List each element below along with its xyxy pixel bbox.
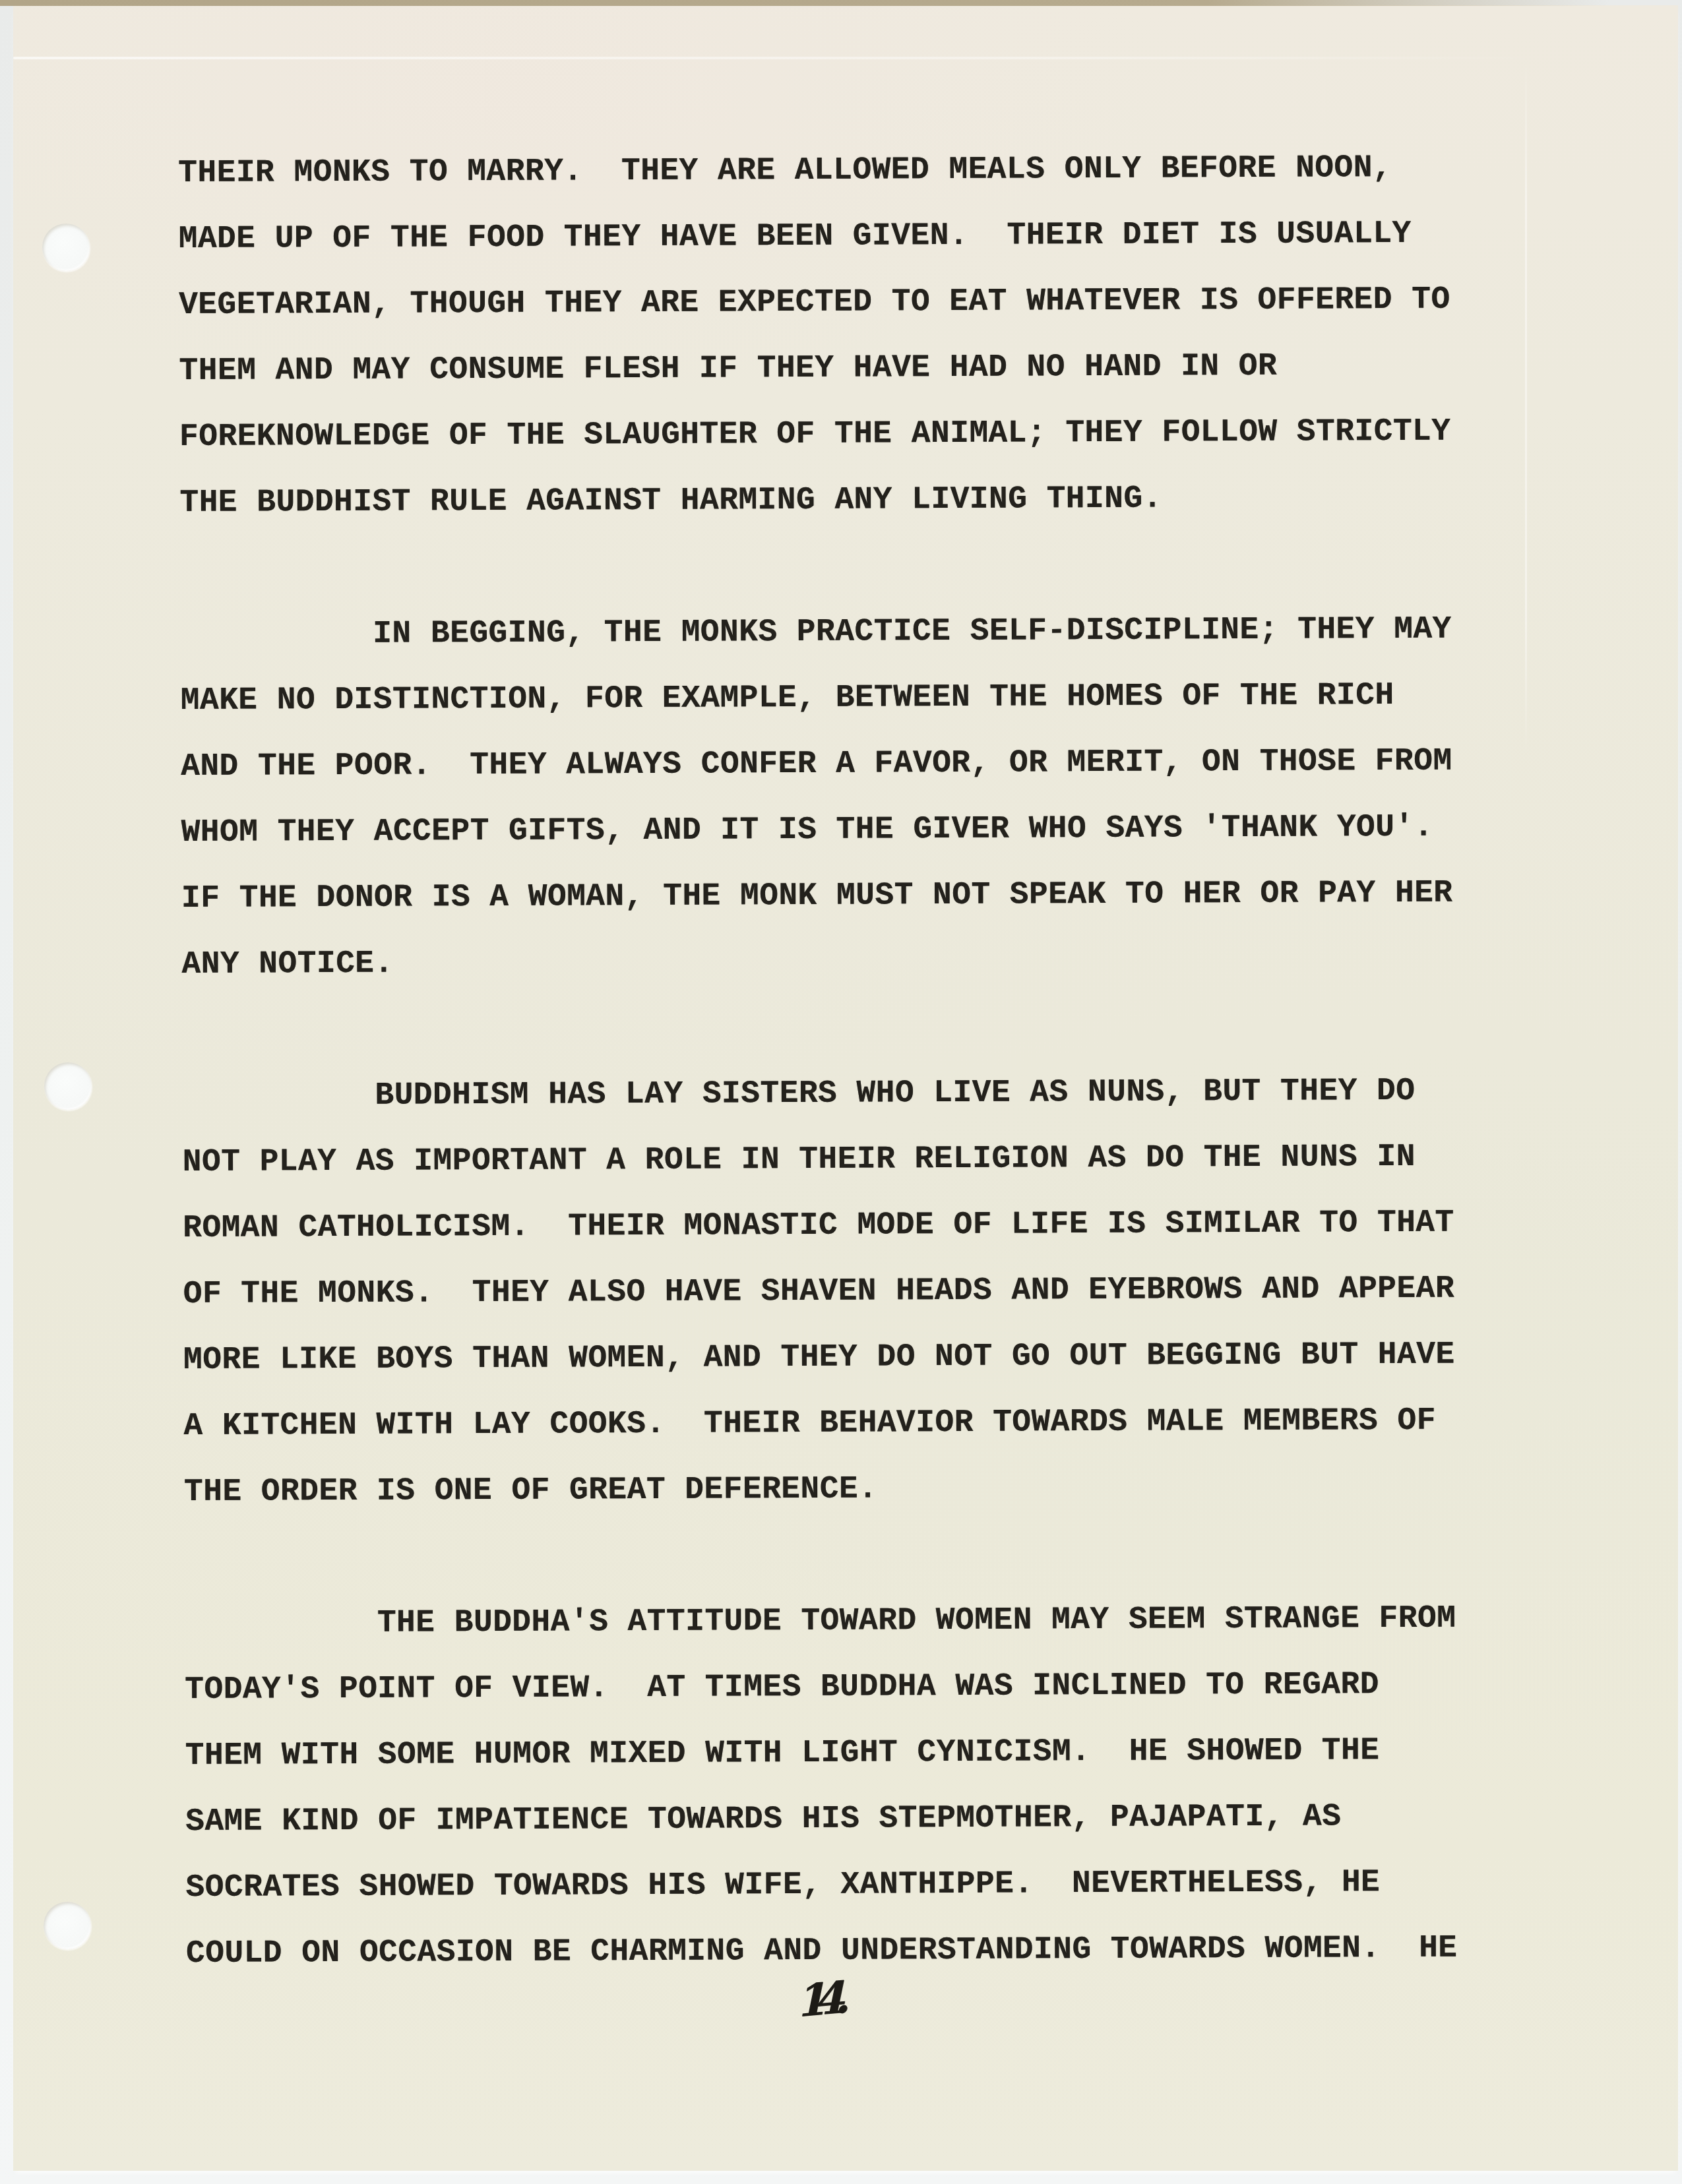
scan-streak (1525, 58, 1527, 757)
typewritten-line: COULD ON OCCASION BE CHARMING AND UNDERS… (186, 1915, 1512, 1987)
document-text: THEIR MONKS TO MARRY. THEY ARE ALLOWED M… (178, 135, 1512, 1987)
typewritten-line: SOCRATES SHOWED TOWARDS HIS WIFE, XANTHI… (185, 1849, 1511, 1921)
typewritten-line: THE BUDDHA'S ATTITUDE TOWARD WOMEN MAY S… (185, 1585, 1511, 1657)
typewritten-line: SAME KIND OF IMPATIENCE TOWARDS HIS STEP… (185, 1783, 1511, 1855)
scanned-document: THEIR MONKS TO MARRY. THEY ARE ALLOWED M… (0, 0, 1682, 2184)
typewritten-line: TODAY'S POINT OF VIEW. AT TIMES BUDDHA W… (185, 1651, 1511, 1723)
typewritten-line: FOREKNOWLEDGE OF THE SLAUGHTER OF THE AN… (179, 398, 1505, 470)
typewritten-line: IF THE DONOR IS A WOMAN, THE MONK MUST N… (181, 860, 1507, 932)
typewritten-line: BUDDHISM HAS LAY SISTERS WHO LIVE AS NUN… (182, 1058, 1508, 1130)
typewritten-line: THE BUDDHIST RULE AGAINST HARMING ANY LI… (179, 464, 1505, 536)
typewritten-line: NOT PLAY AS IMPORTANT A ROLE IN THEIR RE… (183, 1124, 1509, 1196)
typewritten-line: MORE LIKE BOYS THAN WOMEN, AND THEY DO N… (183, 1321, 1509, 1393)
typewritten-line: THEM WITH SOME HUMOR MIXED WITH LIGHT CY… (185, 1717, 1511, 1789)
typewritten-line: VEGETARIAN, THOUGH THEY ARE EXPECTED TO … (179, 266, 1505, 338)
typewritten-line: THEIR MONKS TO MARRY. THEY ARE ALLOWED M… (178, 135, 1504, 206)
typewritten-line: IN BEGGING, THE MONKS PRACTICE SELF-DISC… (180, 596, 1506, 668)
handwritten-page-number: 14. (799, 1972, 839, 2027)
typewritten-line: MAKE NO DISTINCTION, FOR EXAMPLE, BETWEE… (180, 662, 1506, 734)
paragraph: THEIR MONKS TO MARRY. THEY ARE ALLOWED M… (178, 135, 1506, 536)
typewritten-line: WHOM THEY ACCEPT GIFTS, AND IT IS THE GI… (181, 794, 1507, 866)
hole-punch (44, 1902, 91, 1949)
hole-punch (42, 224, 90, 271)
typewritten-line: AND THE POOR. THEY ALWAYS CONFER A FAVOR… (181, 728, 1507, 800)
typewritten-line: ROMAN CATHOLICISM. THEIR MONASTIC MODE O… (183, 1190, 1509, 1261)
typewritten-line: THEM AND MAY CONSUME FLESH IF THEY HAVE … (179, 332, 1505, 404)
typewritten-line: THE ORDER IS ONE OF GREAT DEFERENCE. (184, 1453, 1510, 1525)
paragraph: THE BUDDHA'S ATTITUDE TOWARD WOMEN MAY S… (185, 1585, 1512, 1987)
typewritten-line: A KITCHEN WITH LAY COOKS. THEIR BEHAVIOR… (183, 1387, 1509, 1459)
page-sheet: THEIR MONKS TO MARRY. THEY ARE ALLOWED M… (13, 5, 1678, 2171)
paragraph: BUDDHISM HAS LAY SISTERS WHO LIVE AS NUN… (182, 1058, 1510, 1525)
typewritten-line: ANY NOTICE. (181, 926, 1507, 998)
hole-punch (44, 1062, 92, 1110)
crease-line (13, 57, 1545, 59)
page-top-edge (0, 0, 1609, 6)
typewritten-line: OF THE MONKS. THEY ALSO HAVE SHAVEN HEAD… (183, 1256, 1509, 1327)
typewritten-line: MADE UP OF THE FOOD THEY HAVE BEEN GIVEN… (178, 200, 1504, 272)
paragraph: IN BEGGING, THE MONKS PRACTICE SELF-DISC… (180, 596, 1508, 998)
